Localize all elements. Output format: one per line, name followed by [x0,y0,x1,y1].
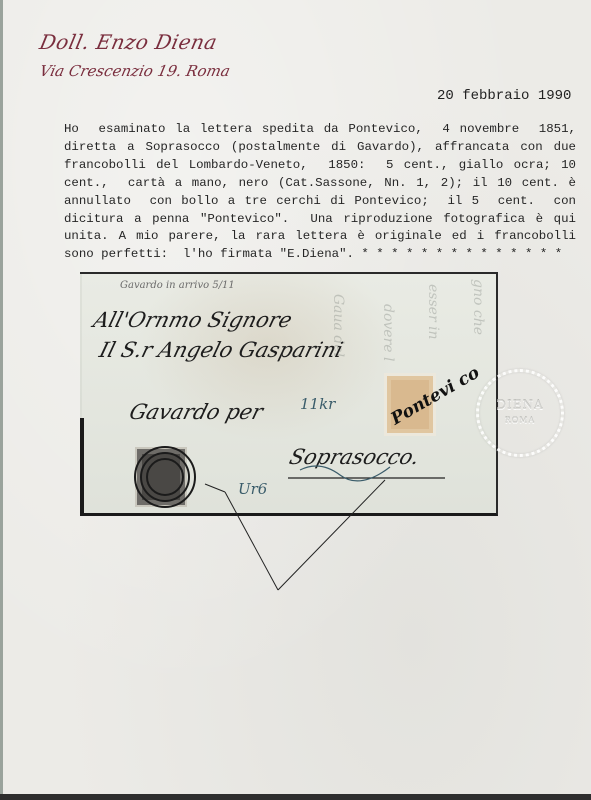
embossed-seal: DIENA ROMA [476,369,564,457]
certificate-text: Ho esaminato la lettera spedita da Ponte… [64,121,576,264]
seal-bottom-text: ROMA [479,416,561,425]
letterhead-name: Doll. Enzo Diena [37,30,232,54]
letterhead: Doll. Enzo Diena Via Crescenzio 19. Roma [40,30,230,80]
certificate-line: Ho esaminato la lettera spedita da Ponte… [64,121,576,139]
blue-annotation-2: Ur6 [238,480,267,498]
scan-left-edge [0,0,3,800]
address-line-3: Gavardo per [127,400,266,424]
address-line-4: Soprasocco. [287,445,422,469]
cancel-ring-inner [146,458,184,496]
certificate-date: 20 febbraio 1990 [437,88,571,104]
letterhead-address: Via Crescenzio 19. Roma [38,62,232,80]
certificate-line: annullato con bollo a tre cerchi di Pont… [64,193,576,211]
scan-bottom-edge [0,794,591,800]
letter-bleed-through-text: gno che [470,279,486,335]
letter-bleed-through-text: esser in [425,284,441,340]
address-line-2: Il S.r Angelo Gasparini [97,338,346,362]
certificate-line: diretta a Soprasocco (postalmente di Gav… [64,139,576,157]
photo-frame-left-bar [80,418,84,516]
certificate-line: unita. A mio parere, la rara lettera è o… [64,228,576,246]
certificate-line: cent., cartà a mano, nero (Cat.Sassone, … [64,175,576,193]
blue-annotation-1: 11kr [300,395,335,413]
address-line-1: All'Ornmo Signore [91,308,295,332]
certificate-line: francobolli del Lombardo-Veneto, 1850: 5… [64,157,576,175]
certificate-line: sono perfetti: l'ho firmata "E.Diena". *… [64,246,576,264]
seal-top-text: DIENA [479,398,561,412]
certificate-line: dicitura a penna "Pontevico". Una riprod… [64,211,576,229]
pencil-note: Gavardo in arrivo 5/11 [120,280,235,291]
letter-bleed-through-text: dovere l [380,304,396,362]
